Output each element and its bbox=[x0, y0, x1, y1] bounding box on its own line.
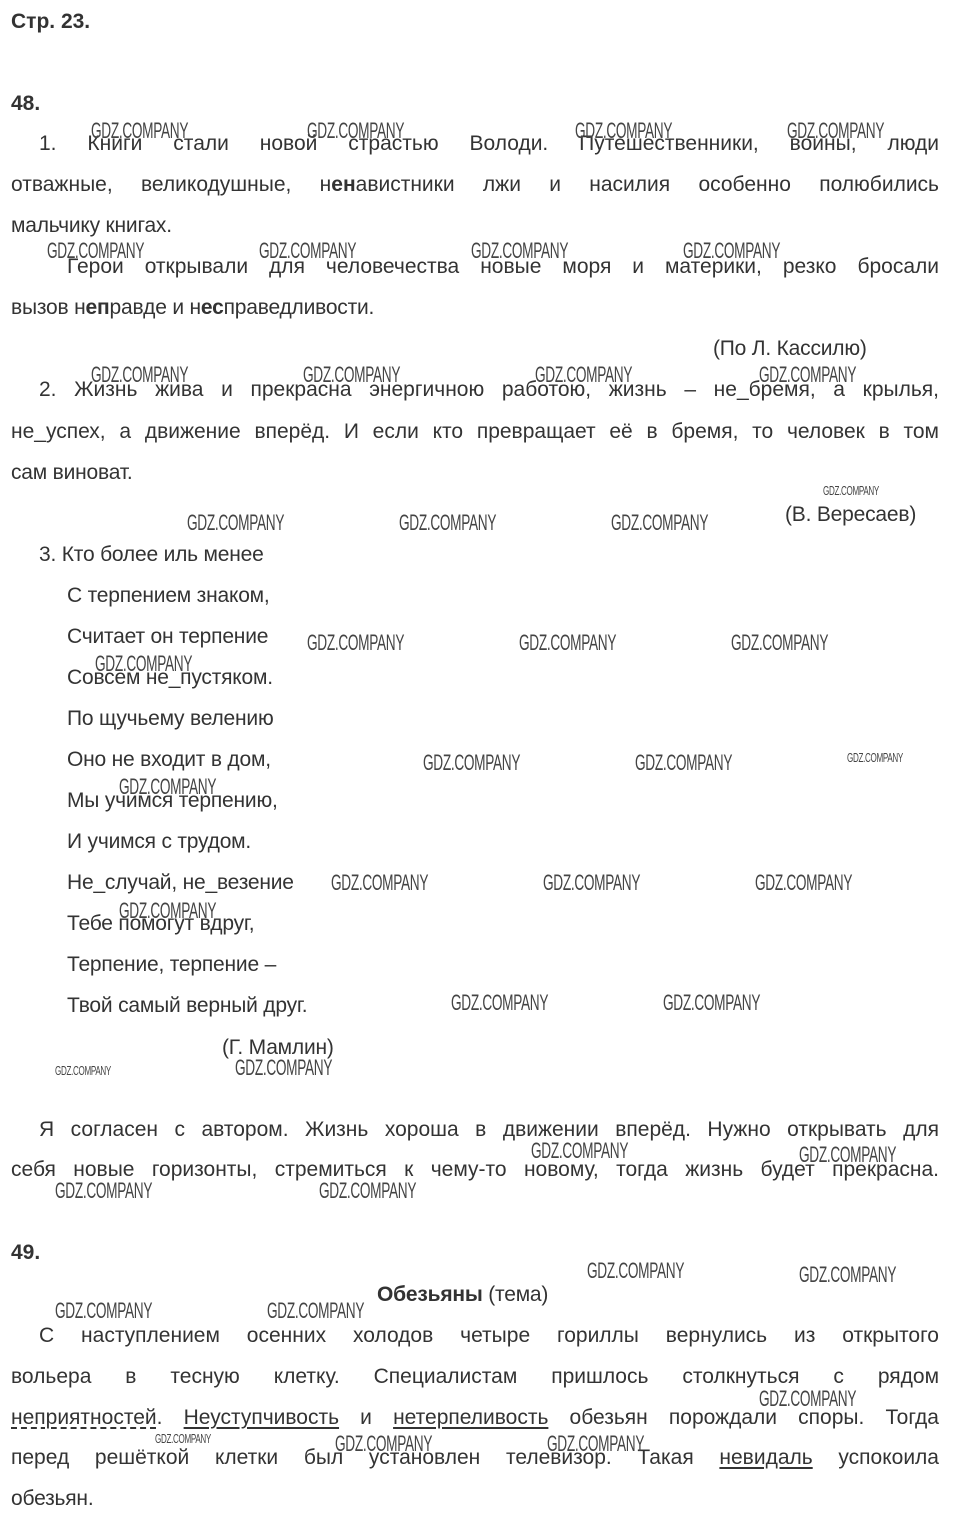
poem-line-7: Мы учимся терпению, bbox=[67, 789, 278, 813]
poem-line-1: 3. Кто более иль менее bbox=[39, 543, 264, 567]
page-header: Стр. 23. bbox=[11, 10, 90, 34]
poem-line-11: Терпение, терпение – bbox=[67, 953, 276, 977]
watermark: GDZ.COMPANY bbox=[663, 990, 760, 1016]
watermark: GDZ.COMPANY bbox=[587, 1258, 684, 1284]
watermark: GDZ.COMPANY bbox=[267, 1298, 364, 1324]
watermark: GDZ.COMPANY bbox=[755, 870, 852, 896]
watermark: GDZ.COMPANY bbox=[799, 1262, 896, 1288]
exercise-48-number: 48. bbox=[11, 92, 40, 116]
watermark: GDZ.COMPANY bbox=[55, 1063, 111, 1078]
poem-line-9: Не_случай, не_везение bbox=[67, 871, 294, 895]
poem-line-4: Совсем не_пустяком. bbox=[67, 666, 273, 690]
poem-line-3: Считает он терпение bbox=[67, 625, 268, 649]
watermark: GDZ.COMPANY bbox=[847, 750, 903, 765]
watermark: GDZ.COMPANY bbox=[399, 510, 496, 536]
watermark: GDZ.COMPANY bbox=[543, 870, 640, 896]
ex49-line2: вольера в тесную клетку. Специалистам пр… bbox=[11, 1365, 939, 1389]
attribution-mamlin: (Г. Мамлин) bbox=[222, 1036, 334, 1060]
underlined-word-neterpelivost: нетерпеливость bbox=[393, 1406, 548, 1429]
watermark: GDZ.COMPANY bbox=[187, 510, 284, 536]
ex48-p2-line1: 2. Жизнь жива и прекрасна энергичною раб… bbox=[11, 378, 939, 402]
poem-line-2: С терпением знаком, bbox=[67, 584, 270, 608]
ex48-p1-line3: мальчику книгах. bbox=[11, 214, 172, 238]
watermark: GDZ.COMPANY bbox=[823, 483, 879, 498]
ex49-line1: С наступлением осенних холодов четыре го… bbox=[11, 1324, 939, 1348]
watermark: GDZ.COMPANY bbox=[451, 990, 548, 1016]
opinion-line1: Я согласен с автором. Жизнь хороша в дви… bbox=[11, 1118, 939, 1142]
ex48-p1-line5: вызов неправде и несправедливости. bbox=[11, 296, 374, 320]
underlined-word-nevidal: невидаль bbox=[719, 1446, 812, 1469]
underlined-word-neustupchivost: Неуступчивость bbox=[184, 1406, 339, 1429]
poem-line-5: По щучьему велению bbox=[67, 707, 274, 731]
ex48-p2-line2: не_успех, а движение вперёд. И если кто … bbox=[11, 420, 939, 444]
watermark: GDZ.COMPANY bbox=[307, 630, 404, 656]
ex49-line5: обезьян. bbox=[11, 1487, 93, 1511]
poem-line-12: Твой самый верный друг. bbox=[67, 994, 307, 1018]
opinion-line2: себя новые горизонты, стремиться к чему-… bbox=[11, 1158, 939, 1182]
ex48-p1-line2: отважные, великодушные, ненавистники лжи… bbox=[11, 173, 939, 197]
exercise-49-number: 49. bbox=[11, 1241, 40, 1265]
poem-line-10: Тебе помогут вдруг, bbox=[67, 912, 254, 936]
ex49-line4: перед решёткой клетки был установлен тел… bbox=[11, 1446, 939, 1470]
attribution-kassil: (По Л. Кассилю) bbox=[713, 337, 867, 361]
attribution-veresaev: (В. Вересаев) bbox=[785, 503, 916, 527]
ex48-p1-line1: 1. Книги стали новой страстью Володи. Пу… bbox=[11, 132, 939, 156]
ex49-line3: неприятностей. Неуступчивость и нетерпел… bbox=[11, 1406, 939, 1430]
underlined-word-nepriyatnostey: неприятностей bbox=[11, 1406, 157, 1429]
watermark: GDZ.COMPANY bbox=[55, 1298, 152, 1324]
ex48-p2-line3: сам виноват. bbox=[11, 461, 132, 485]
poem-line-6: Оно не входит в дом, bbox=[67, 748, 271, 772]
poem-line-8: И учимся с трудом. bbox=[67, 830, 251, 854]
ex49-title: Обезьяны (тема) bbox=[377, 1283, 548, 1307]
watermark: GDZ.COMPANY bbox=[155, 1431, 211, 1446]
watermark: GDZ.COMPANY bbox=[423, 750, 520, 776]
watermark: GDZ.COMPANY bbox=[331, 870, 428, 896]
ex48-p1-line4: Герои открывали для человечества новые м… bbox=[11, 255, 939, 279]
watermark: GDZ.COMPANY bbox=[731, 630, 828, 656]
watermark: GDZ.COMPANY bbox=[611, 510, 708, 536]
watermark: GDZ.COMPANY bbox=[635, 750, 732, 776]
watermark: GDZ.COMPANY bbox=[519, 630, 616, 656]
